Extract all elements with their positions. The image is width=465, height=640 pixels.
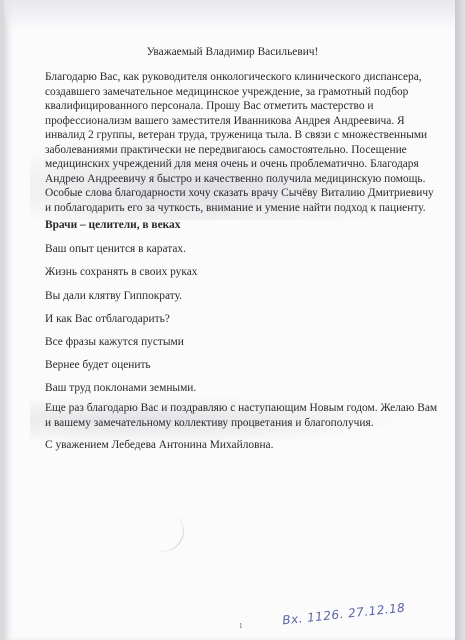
poem-line: Все фразы кажутся пустыми xyxy=(45,336,415,348)
body-line: заболеваниями практически не передвигаюс… xyxy=(45,143,435,158)
poem-heading: Врачи – целители, в веках xyxy=(45,219,415,231)
body-line: Особые слова благодарности хочу сказать … xyxy=(45,186,435,201)
letter-closing: Еще раз благодарю Вас и поздравляю с нас… xyxy=(45,401,415,430)
body-line: и поблагодарить его за чуткость, внимани… xyxy=(45,201,435,216)
body-line: инвалид 2 группы, ветеран труда, тружени… xyxy=(45,128,435,143)
closing-line: и вашему замечательному коллективу процв… xyxy=(45,416,415,431)
poem-line: Ваш опыт ценится в каратах. xyxy=(45,243,415,255)
letter-body: Благодарю Вас, как руководителя онкологи… xyxy=(45,70,435,215)
poem-line: Вы дали клятву Гиппократу. xyxy=(45,290,415,302)
poem-line: И как Вас отблагодарить? xyxy=(45,313,415,325)
closing-line: Еще раз благодарю Вас и поздравляю с нас… xyxy=(45,401,415,416)
body-line: создавшего замечательное медицинское учр… xyxy=(45,85,435,100)
body-line: медицинских учреждений для меня очень и … xyxy=(45,157,435,172)
poem-line: Вернее будет оценить xyxy=(45,359,415,371)
poem-line: Ваш труд поклонами земными. xyxy=(45,382,415,394)
body-line: профессионализм вашего заместителя Иванн… xyxy=(45,114,435,129)
page-mark: 1 xyxy=(239,622,243,630)
letter-salutation: Уважаемый Владимир Васильевич! xyxy=(0,46,465,58)
body-line: квалифицированного персонала. Прошу Вас … xyxy=(45,99,435,114)
body-line: Андрею Андреевичу я быстро и качественно… xyxy=(45,172,435,187)
poem-line: Жизнь сохранять в своих руках xyxy=(45,266,415,278)
scan-right-edge xyxy=(455,0,465,640)
body-line: Благодарю Вас, как руководителя онкологи… xyxy=(45,70,435,85)
scan-top-shadow xyxy=(4,0,455,30)
letter-signature: С уважением Лебедева Антонина Михайловна… xyxy=(45,439,415,451)
